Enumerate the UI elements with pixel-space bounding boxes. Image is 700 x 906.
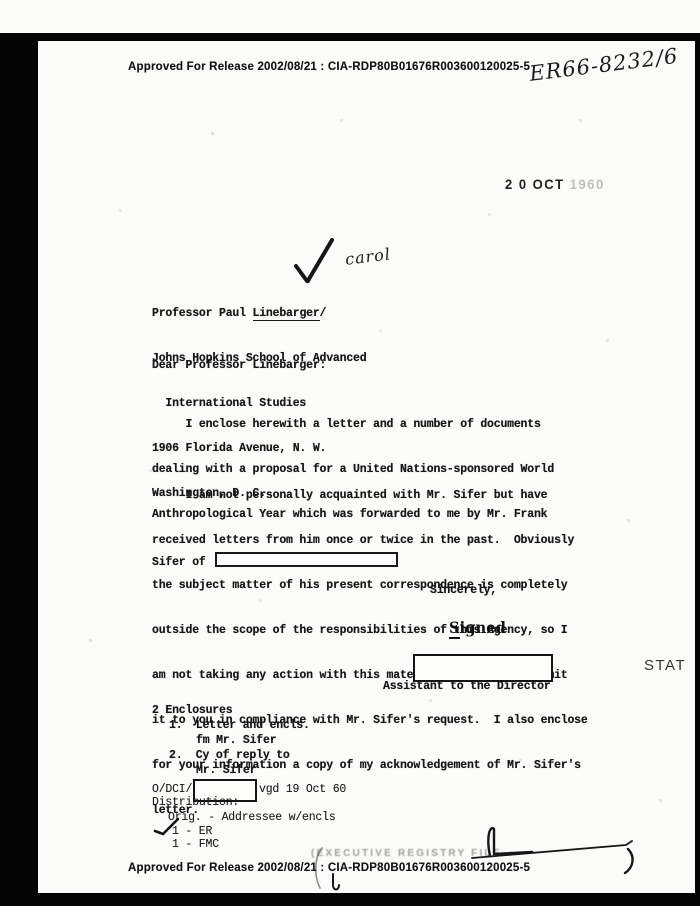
scan-edge-right (695, 40, 700, 894)
distribution-label: Distribution: (152, 796, 239, 810)
para2-line: I am not personally acquainted with Mr. … (152, 488, 588, 503)
scan-edge-top (0, 33, 700, 41)
enclosure-item-2-sub: Mr. Sifer (196, 763, 256, 778)
para2-line: outside the scope of the responsibilitie… (152, 623, 588, 638)
enclosures-heading: 2 Enclosures (152, 703, 232, 718)
routing-office: O/DCI/ (152, 783, 192, 797)
enclosure-item-2: 2. Cy of reply to (169, 748, 290, 763)
closing: Sincerely, (430, 583, 497, 598)
handwritten-annotation: carol (344, 244, 392, 268)
enclosure-item-1-sub: fm Mr. Sifer (196, 733, 276, 748)
scanned-letter-page: Approved For Release 2002/08/21 : CIA-RD… (0, 0, 700, 906)
distribution-orig: Orig. - Addressee w/encls (168, 811, 336, 825)
routing-initials-date: vgd 19 Oct 60 (259, 783, 346, 797)
scan-edge-bottom (0, 893, 700, 906)
enclosure-item-1: 1. Letter and encls. (169, 718, 310, 733)
handwritten-checkmark-er-icon (153, 817, 181, 835)
signature-title: Assistant to the Director (383, 679, 551, 694)
handwritten-hook-icon (326, 872, 344, 894)
handwritten-registry-number: ER66-8232/6 (528, 44, 680, 86)
recipient-name: Linebarger (253, 307, 320, 321)
para2-line: received letters from him once or twice … (152, 533, 588, 548)
signed-stamp: Signed (449, 618, 506, 637)
release-header: Approved For Release 2002/08/21 : CIA-RD… (128, 61, 530, 73)
recipient-line-1: Professor Paul Linebarger/ (152, 306, 366, 321)
date-stamp: 2 0 OCT 1960 (505, 177, 605, 193)
para1-line: I enclose herewith a letter and a number… (152, 417, 554, 432)
scan-edge-left (0, 33, 38, 906)
para2-line: the subject matter of his present corres… (152, 578, 588, 593)
redaction-box-signature (413, 654, 553, 682)
stat-marking: STAT (644, 657, 686, 674)
scan-noise (0, 0, 1, 1)
salutation: Dear Professor Linebarger: (152, 358, 326, 373)
distribution-fmc: 1 - FMC (172, 838, 219, 852)
